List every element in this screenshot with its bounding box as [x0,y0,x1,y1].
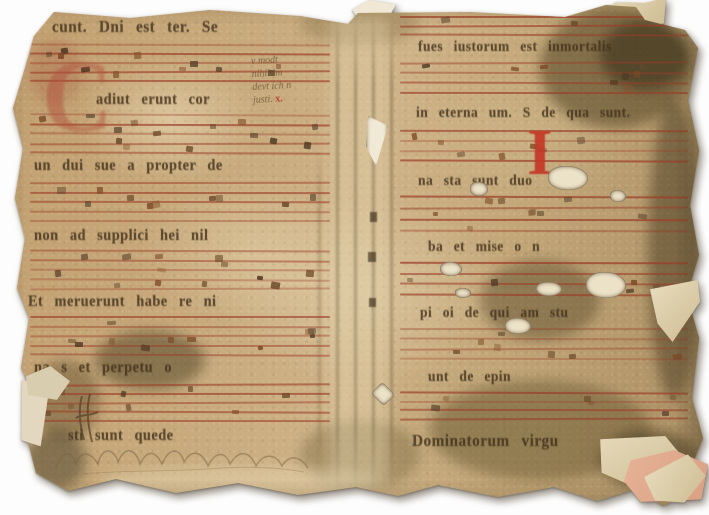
staff-line [400,207,688,210]
margin-note-red-mark: x. [275,93,283,104]
staff-line [400,34,688,37]
neume [441,16,450,23]
staff-line [400,230,688,232]
manuscript-object: cunt. Dni est ter. Seadiut erunt corun d… [0,0,709,515]
parchment-hole [548,166,588,190]
neume [498,198,506,205]
margin-note-line: justi. x. [253,92,293,107]
sewing-slit [369,298,376,307]
neume [442,395,449,401]
staff-line [400,196,688,199]
chant-text-line: ba et mise o n [428,240,644,255]
chant-text-line: pi oi de qui am stu [420,306,645,321]
photograph-frame: cunt. Dni est ter. Seadiut erunt corun d… [0,0,709,515]
neume [569,354,576,360]
chant-text-line: fues iustorum est inmortalis [418,40,645,55]
staff-system [400,392,688,418]
neume [433,212,438,216]
neume [484,198,493,206]
neume [653,283,660,288]
neume [478,338,485,344]
staff-line [400,409,688,411]
neume [498,152,505,160]
staff-line [400,72,688,74]
staff-system [400,328,688,358]
parchment-hole [455,288,471,298]
neume [539,64,547,69]
staff-line [400,358,688,361]
neume [609,80,617,86]
parchment-hole [440,262,462,276]
parchment-hole [470,182,488,196]
neume [411,132,418,140]
neume [548,351,556,359]
staff-line [400,328,688,330]
staff-line [400,92,688,94]
neume [422,63,430,69]
margin-annotation: v modt nihil im devt ich n justi. x. [251,53,293,107]
neume [670,395,676,400]
neume [662,411,669,416]
neume [431,405,440,412]
chant-text-line: unt de epin [428,370,622,385]
staff-line [400,401,688,403]
neume [493,344,501,352]
neume [491,279,498,286]
parchment-hole [586,272,626,298]
neume [564,196,572,202]
staff-line [400,338,688,341]
neume [640,64,646,70]
staff-system [400,196,688,230]
neume [498,331,505,336]
staff-line [400,417,688,420]
neume [467,225,474,231]
neume [622,73,630,81]
staff-system [400,62,688,92]
staff-line [400,347,688,350]
neume [453,350,460,354]
staff-line [400,391,688,394]
neume [673,353,682,360]
neume [626,289,634,294]
parchment-hole [505,318,531,334]
neume [438,140,444,145]
illuminated-initial-c: C [42,46,113,149]
neume [456,152,464,159]
staff-line [400,24,688,27]
sewing-slit [368,252,376,262]
neume [537,211,544,217]
neume [637,213,646,219]
neume [527,209,535,216]
neume [588,400,594,405]
neume [634,71,640,78]
margin-note-word: justi. [253,94,273,106]
neume [624,84,633,92]
neume [577,137,585,145]
parchment-hole [610,190,626,202]
sewing-slit [370,212,377,222]
margin-note-line: devt ich n [252,79,292,94]
staff-line [400,81,688,84]
parchment-hole [536,282,562,296]
parchment-bifolium: cunt. Dni est ter. Seadiut erunt corun d… [0,0,709,515]
